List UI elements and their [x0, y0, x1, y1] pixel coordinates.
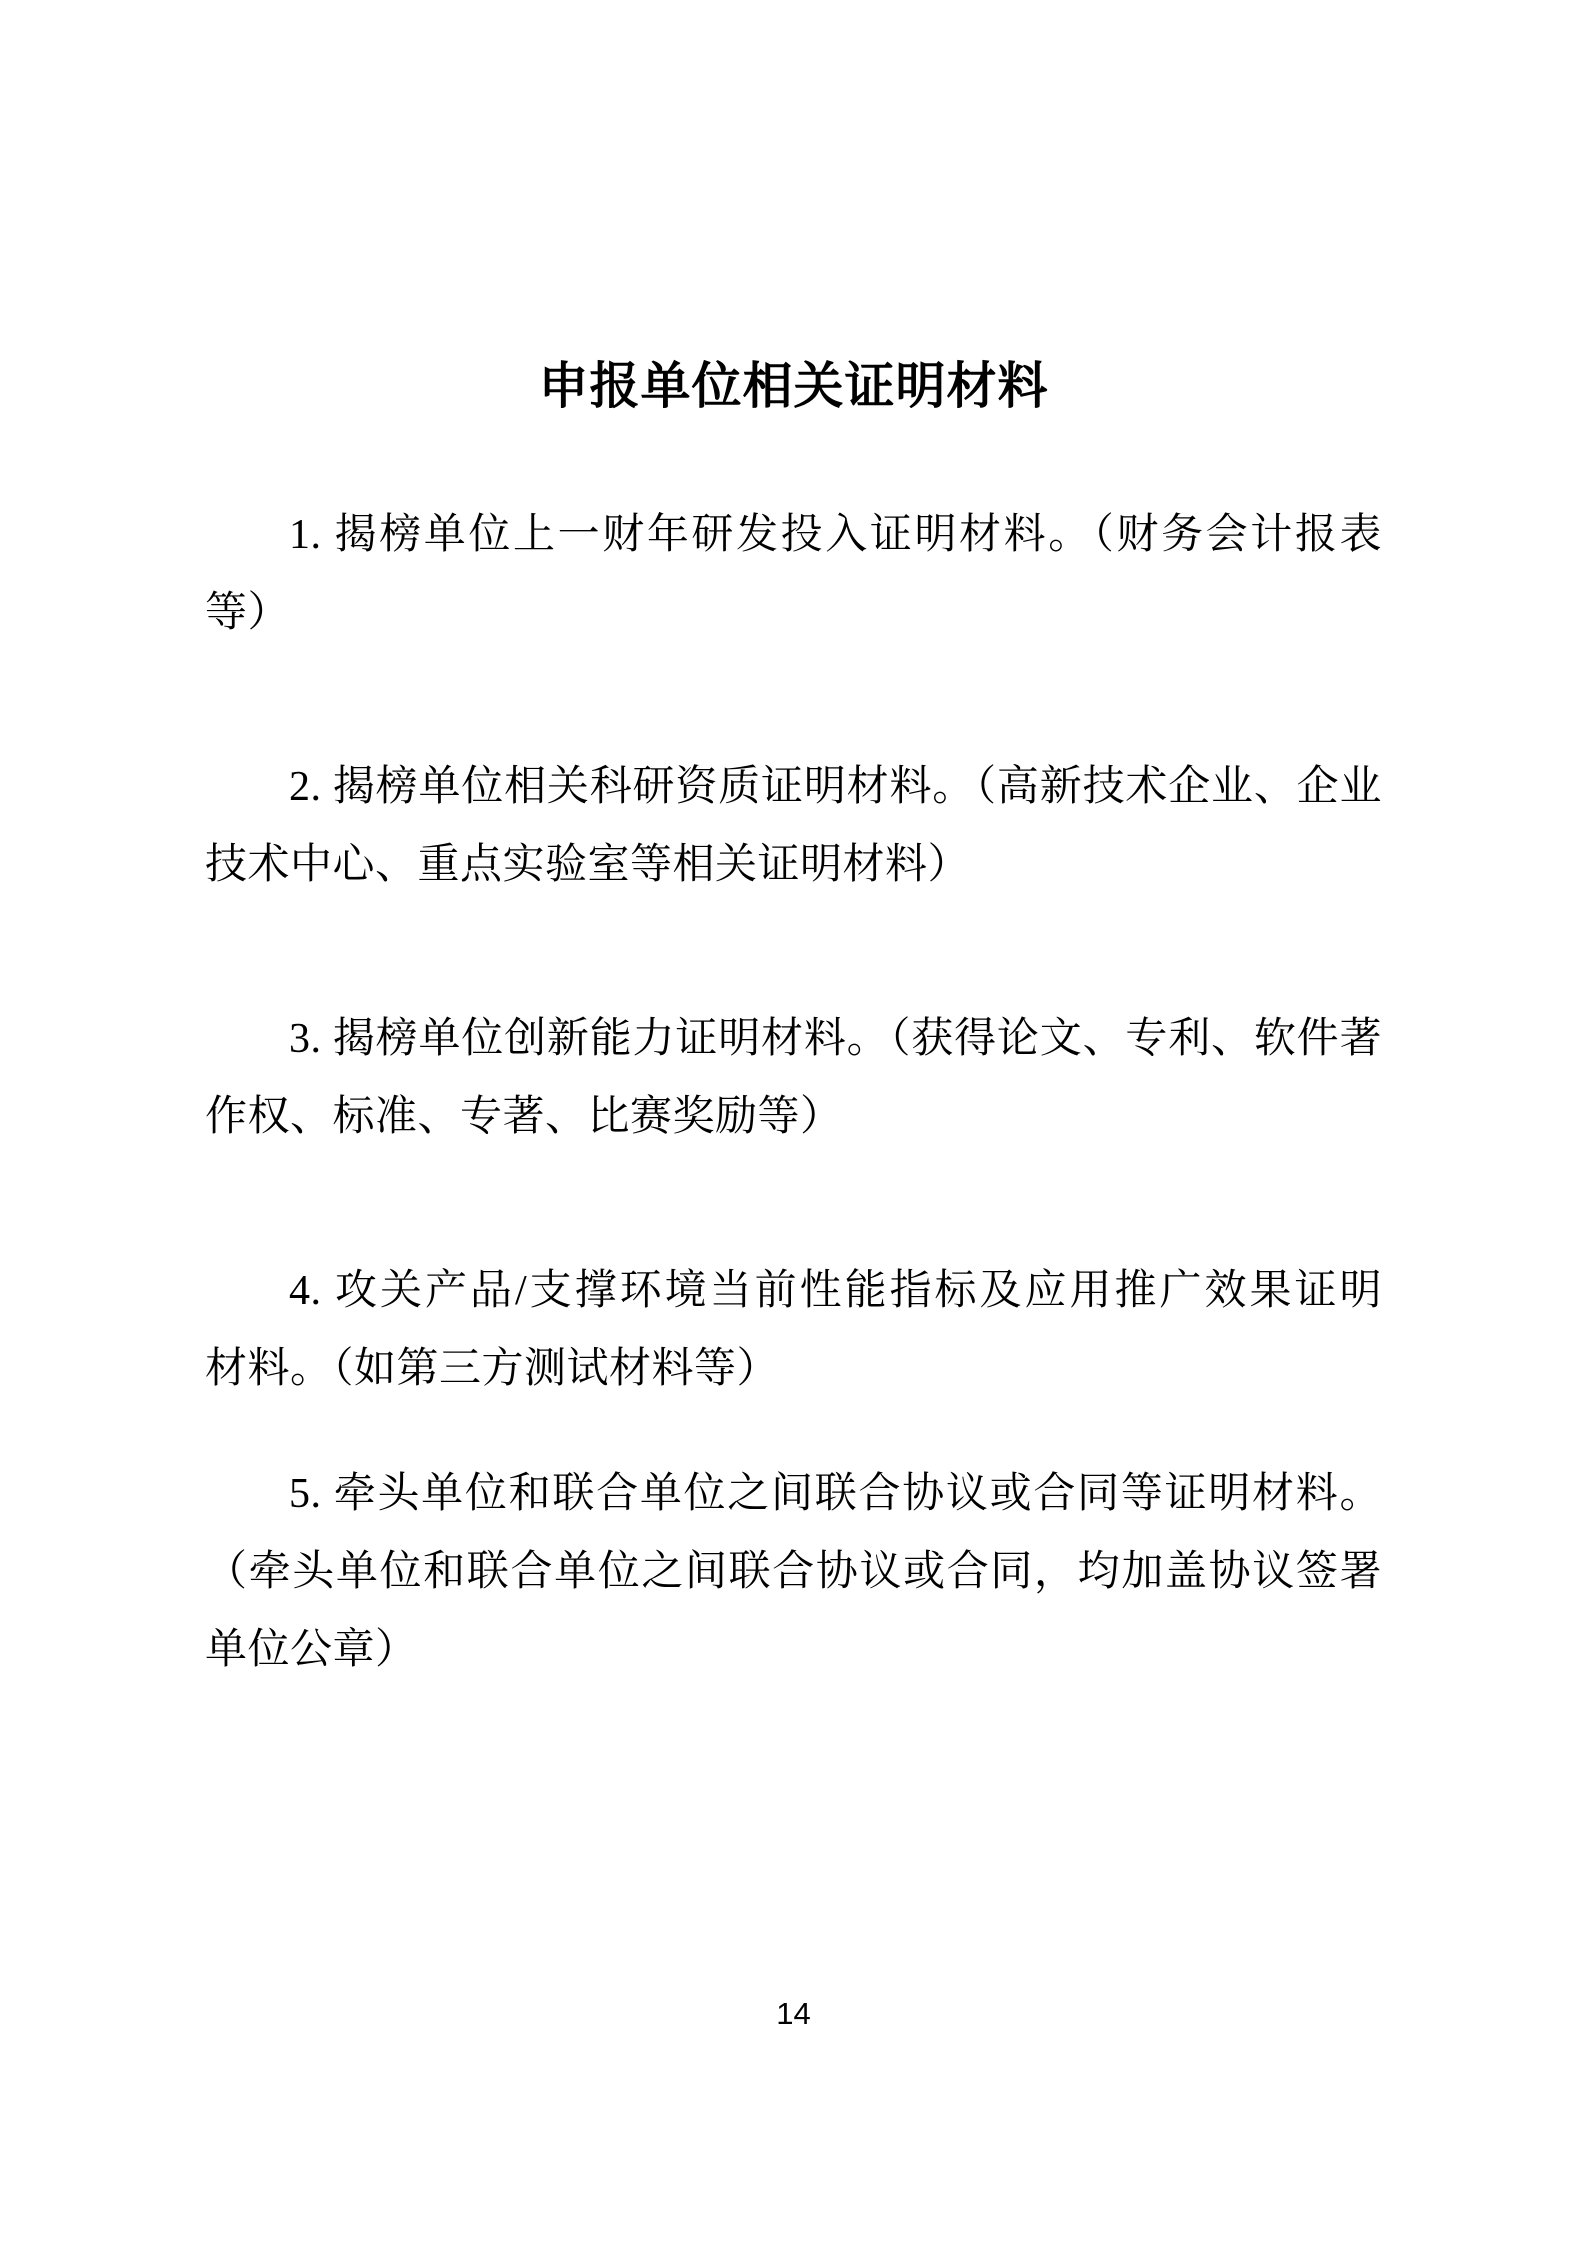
list-item-5: 5. 牵头单位和联合单位之间联合协议或合同等证明材料。 （牵头单位和联合单位之间…	[205, 1455, 1382, 1689]
list-item-3-line-2: 作权、标准、专著、比赛奖励等）	[205, 1078, 1382, 1156]
document-body: 申报单位相关证明材料 1. 揭榜单位上一财年研发投入证明材料。（财务会计报表 等…	[0, 0, 1587, 1689]
list-item-3: 3. 揭榜单位创新能力证明材料。（获得论文、专利、软件著 作权、标准、专著、比赛…	[205, 1000, 1382, 1156]
list-item-4-line-2: 材料。（如第三方测试材料等）	[205, 1330, 1382, 1408]
page-number: 14	[0, 1992, 1587, 2036]
list-item-4: 4. 攻关产品/支撑环境当前性能指标及应用推广效果证明 材料。（如第三方测试材料…	[205, 1252, 1382, 1408]
list-item-5-line-2: （牵头单位和联合单位之间联合协议或合同，均加盖协议签署	[205, 1533, 1382, 1611]
list-item-2-line-2: 技术中心、重点实验室等相关证明材料）	[205, 826, 1382, 904]
list-item-5-line-1: 5. 牵头单位和联合单位之间联合协议或合同等证明材料。	[205, 1455, 1382, 1533]
document-page: 申报单位相关证明材料 1. 揭榜单位上一财年研发投入证明材料。（财务会计报表 等…	[0, 0, 1587, 2245]
list-item-1: 1. 揭榜单位上一财年研发投入证明材料。（财务会计报表 等）	[205, 496, 1382, 652]
list-item-4-line-1: 4. 攻关产品/支撑环境当前性能指标及应用推广效果证明	[205, 1252, 1382, 1330]
list-item-3-line-1: 3. 揭榜单位创新能力证明材料。（获得论文、专利、软件著	[205, 1000, 1382, 1078]
list-item-5-line-3: 单位公章）	[205, 1611, 1382, 1689]
list-item-1-line-2: 等）	[205, 574, 1382, 652]
list-item-2: 2. 揭榜单位相关科研资质证明材料。（高新技术企业、企业 技术中心、重点实验室等…	[205, 748, 1382, 904]
list-item-1-line-1: 1. 揭榜单位上一财年研发投入证明材料。（财务会计报表	[205, 496, 1382, 574]
list-item-2-line-1: 2. 揭榜单位相关科研资质证明材料。（高新技术企业、企业	[205, 748, 1382, 826]
page-title: 申报单位相关证明材料	[205, 346, 1382, 426]
